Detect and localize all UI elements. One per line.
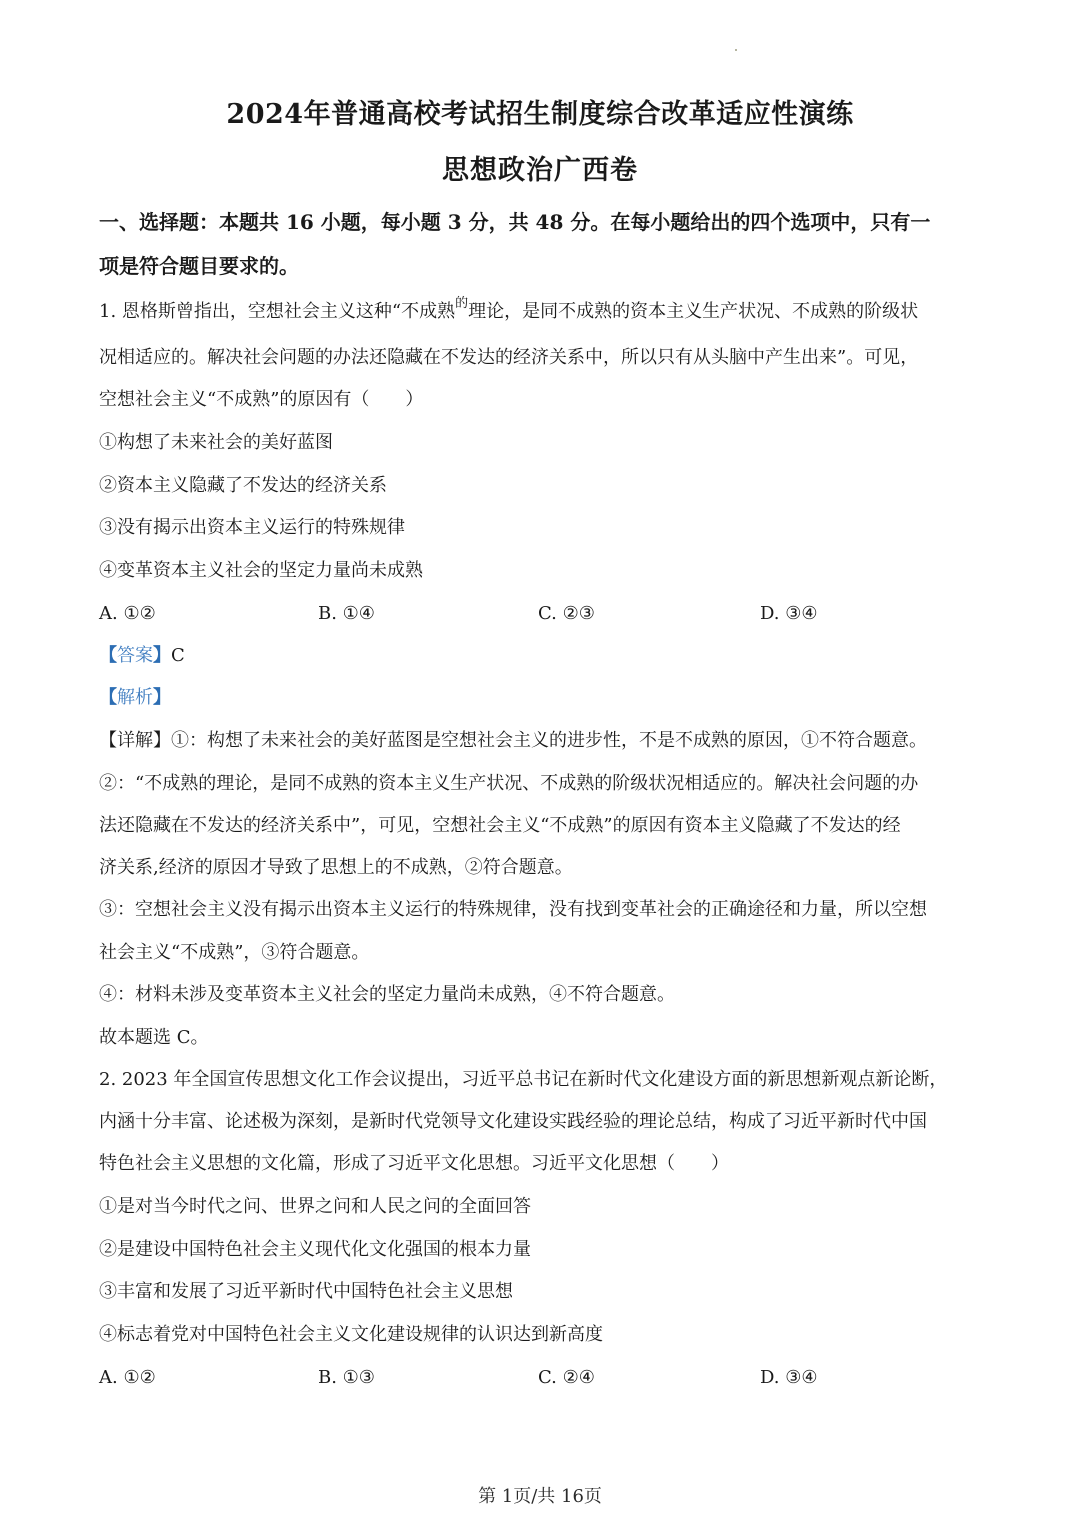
- q1-stem-line-2: 况相适应的。解决社会问题的办法还隐藏在不发达的经济关系中，所以只有从头脑中产生出…: [99, 346, 989, 370]
- q2-stem-line-2: 内涵十分丰富、论述极为深刻，是新时代党领导文化建设实践经验的理论总结，构成了习近…: [99, 1110, 989, 1134]
- detail-label: 详解: [117, 730, 153, 751]
- q1-detail-line-1: 【详解】①：构想了未来社会的美好蓝图是空想社会主义的进步性，不是不成熟的原因，①…: [99, 729, 989, 753]
- q2-option-c: C. ②④: [538, 1366, 595, 1390]
- q1-detail-line-3: 法还隐藏在不发达的经济关系中”，可见，空想社会主义“不成熟”的原因有资本主义隐藏…: [99, 814, 989, 838]
- section-heading: 一、选择题：本题共 16 小题，每小题 3 分，共 48 分。在每小题给出的四个…: [99, 200, 984, 288]
- q1-detail-line-5: ③：空想社会主义没有揭示出资本主义运行的特殊规律，没有找到变革社会的正确途径和力…: [99, 898, 989, 922]
- q2-item-3: ③丰富和发展了习近平新时代中国特色社会主义思想: [99, 1280, 989, 1304]
- q1-item-4: ④变革资本主义社会的坚定力量尚未成熟: [99, 559, 989, 583]
- q2-option-b: B. ①③: [318, 1366, 375, 1390]
- document-title: 2024年普通高校考试招生制度综合改革适应性演练: [0, 92, 1080, 131]
- q1-option-c: C. ②③: [538, 602, 595, 626]
- q1-item-1: ①构想了未来社会的美好蓝图: [99, 431, 989, 455]
- q2-option-d: D. ③④: [760, 1366, 818, 1390]
- q1-stem-line-1: 1. 恩格斯曾指出，空想社会主义这种“不成熟的理论，是同不成熟的资本主义生产状况…: [99, 300, 989, 326]
- q1-item-3: ③没有揭示出资本主义运行的特殊规律: [99, 516, 989, 540]
- q1-analysis-label: 【解析】: [99, 686, 989, 710]
- answer-label: 答案: [117, 645, 153, 666]
- q2-item-4: ④标志着党对中国特色社会主义文化建设规律的认识达到新高度: [99, 1323, 989, 1347]
- q1-item-2: ②资本主义隐藏了不发达的经济关系: [99, 474, 989, 498]
- q1-detail-line-2: ②：“不成熟的理论，是同不成熟的资本主义生产状况、不成熟的阶级状况相适应的。解决…: [99, 772, 989, 796]
- q1-option-b: B. ①④: [318, 602, 375, 626]
- q1-detail-line-4: 济关系,经济的原因才导致了思想上的不成熟，②符合题意。: [99, 856, 989, 880]
- q2-option-a: A. ①②: [99, 1366, 156, 1390]
- answer-value: C: [171, 645, 185, 666]
- q1-detail-line-7: ④：材料未涉及变革资本主义社会的坚定力量尚未成熟，④不符合题意。: [99, 983, 989, 1007]
- q1-option-d: D. ③④: [760, 602, 818, 626]
- q1-detail-line-6: 社会主义“不成熟”，③符合题意。: [99, 941, 989, 965]
- q2-stem-line-3: 特色社会主义思想的文化篇，形成了习近平文化思想。习近平文化思想（ ）: [99, 1152, 989, 1176]
- q2-item-1: ①是对当今时代之问、世界之问和人民之问的全面回答: [99, 1195, 989, 1219]
- document-subtitle: 思想政治广西卷: [0, 148, 1080, 187]
- q1-answer: 【答案】C: [99, 644, 989, 668]
- q1-superscript: 的: [455, 296, 468, 311]
- q1-conclusion: 故本题选 C。: [99, 1026, 989, 1050]
- q1-stem-line-3: 空想社会主义“不成熟”的原因有（ ）: [99, 388, 989, 412]
- q2-stem-line-1: 2. 2023 年全国宣传思想文化工作会议提出，习近平总书记在新时代文化建设方面…: [99, 1068, 989, 1092]
- scan-artifact-dot: [735, 49, 737, 51]
- q2-item-2: ②是建设中国特色社会主义现代化文化强国的根本力量: [99, 1238, 989, 1262]
- q1-option-a: A. ①②: [99, 602, 156, 626]
- page-indicator: 第 1页/共 16页: [0, 1482, 1080, 1508]
